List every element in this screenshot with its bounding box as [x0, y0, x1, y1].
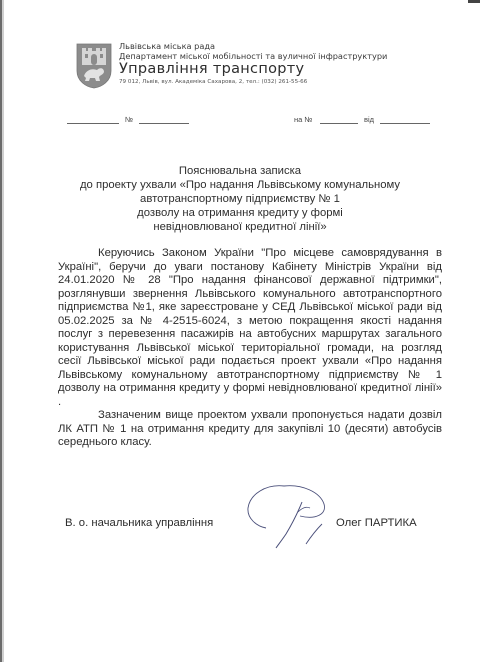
- title-line: невідновлюваної кредитної лінії»: [60, 220, 420, 234]
- body-paragraph: Керуючись Законом України "Про місцеве с…: [58, 247, 442, 409]
- reply-date-label: від: [364, 115, 374, 124]
- document-title: Пояснювальна записка до проекту ухвали «…: [60, 164, 420, 234]
- signature-row: В. о. начальника управління Олег ПАРТИКА: [0, 514, 480, 534]
- letterhead-text: Львівська міська рада Департамент місько…: [119, 41, 387, 86]
- registration-row: № на № від: [0, 113, 480, 129]
- outgoing-number-field[interactable]: [139, 123, 189, 124]
- department-name: Департамент міської мобільності та вулич…: [119, 51, 387, 61]
- lviv-coat-of-arms-icon: [76, 43, 112, 89]
- reply-to-number-field[interactable]: [320, 123, 358, 124]
- title-line: автотранспортному підприємству № 1: [60, 192, 420, 206]
- city-council-name: Львівська міська рада: [119, 41, 387, 51]
- body-paragraph: Зазначеним вище проектом ухвали пропонує…: [58, 409, 442, 450]
- outgoing-date-field[interactable]: [67, 123, 119, 124]
- title-heading: Пояснювальна записка: [60, 164, 420, 178]
- office-address: 79 012, Львів, вул. Академіка Сахарова, …: [119, 78, 387, 86]
- document-page: Львівська міська рада Департамент місько…: [0, 0, 480, 662]
- office-name: Управління транспорту: [119, 61, 387, 78]
- reply-to-label: на №: [294, 115, 312, 124]
- document-body: Керуючись Законом України "Про місцеве с…: [58, 247, 442, 450]
- title-line: дозволу на отримання кредиту у формі: [60, 206, 420, 220]
- title-line: до проекту ухвали «Про надання Львівсько…: [60, 178, 420, 192]
- signatory-position: В. о. начальника управління: [65, 517, 213, 529]
- signatory-name: Олег ПАРТИКА: [336, 517, 417, 529]
- reply-date-field[interactable]: [380, 123, 430, 124]
- letterhead: Львівська міська рада Департамент місько…: [76, 41, 406, 95]
- outgoing-number-label: №: [125, 115, 133, 124]
